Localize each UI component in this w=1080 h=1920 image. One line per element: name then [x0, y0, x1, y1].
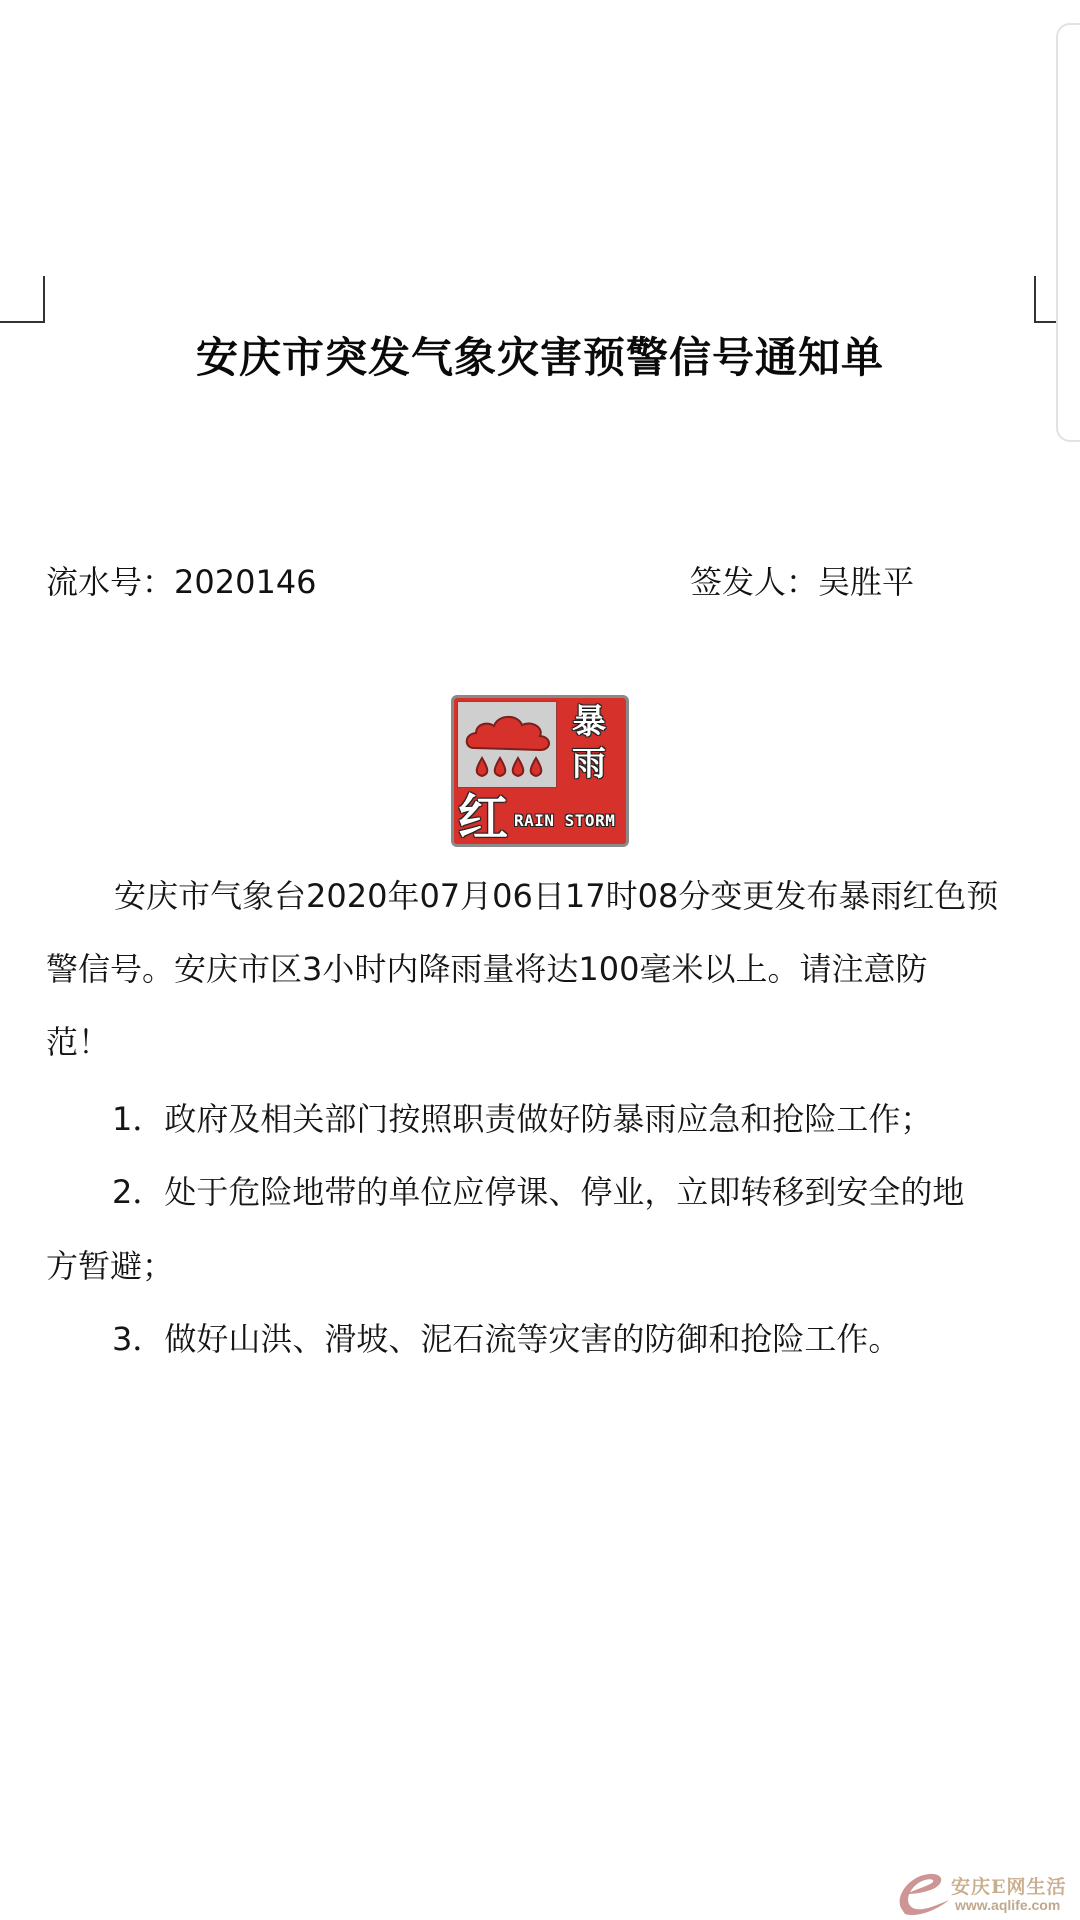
- serial-value: 2020146: [174, 563, 317, 601]
- list-item-1: 1．政府及相关部门按照职责做好防暴雨应急和抢险工作；: [112, 1097, 932, 1141]
- warning-char-yu: 雨: [572, 744, 606, 784]
- list-item-number: 2．: [112, 1173, 164, 1211]
- page-margin-mark-left-horizontal: [0, 321, 45, 323]
- list-item-2-continued: 方暂避；: [46, 1244, 174, 1288]
- watermark-url: www.aqlife.com: [955, 1897, 1060, 1913]
- list-item-text: 处于危险地带的单位应停课、停业，立即转移到安全的地: [164, 1173, 964, 1211]
- warning-icon-panel: [457, 701, 557, 788]
- warning-char-bao: 暴: [572, 702, 606, 742]
- rainstorm-red-warning-icon: 暴 雨 红 RAIN STORM: [451, 695, 629, 847]
- signer-field: 签发人：吴胜平: [690, 560, 914, 604]
- list-item-number: 1．: [112, 1100, 164, 1138]
- paragraph-line: 范！: [46, 1020, 110, 1064]
- site-watermark: 安庆E网生活 www.aqlife.com: [895, 1868, 1075, 1918]
- list-item-text: 做好山洪、滑坡、泥石流等灾害的防御和抢险工作。: [164, 1320, 900, 1358]
- page-margin-mark-right: [1034, 276, 1036, 323]
- cloud-rain-icon: [462, 708, 554, 788]
- list-item-number: 3．: [112, 1320, 164, 1358]
- signer-value: 吴胜平: [818, 563, 914, 601]
- paragraph-line: 安庆市气象台2020年07月06日17时08分变更发布暴雨红色预: [114, 874, 998, 918]
- serial-number-field: 流水号：2020146: [46, 560, 317, 604]
- paragraph-line: 警信号。安庆市区3小时内降雨量将达100毫米以上。请注意防: [46, 947, 927, 991]
- watermark-site-name: 安庆E网生活: [951, 1872, 1066, 1899]
- signer-label: 签发人：: [690, 563, 818, 601]
- page-margin-mark-left: [43, 276, 45, 323]
- serial-label: 流水号：: [46, 563, 174, 601]
- list-item-text: 政府及相关部门按照职责做好防暴雨应急和抢险工作；: [164, 1100, 932, 1138]
- e-logo-icon: [895, 1868, 955, 1918]
- list-item-2: 2．处于危险地带的单位应停课、停业，立即转移到安全的地: [112, 1170, 964, 1214]
- warning-level-char: 红: [458, 790, 508, 846]
- document-title: 安庆市突发气象灾害预警信号通知单: [0, 333, 1080, 383]
- list-item-3: 3．做好山洪、滑坡、泥石流等灾害的防御和抢险工作。: [112, 1317, 900, 1361]
- warning-english-label: RAIN STORM: [514, 811, 615, 830]
